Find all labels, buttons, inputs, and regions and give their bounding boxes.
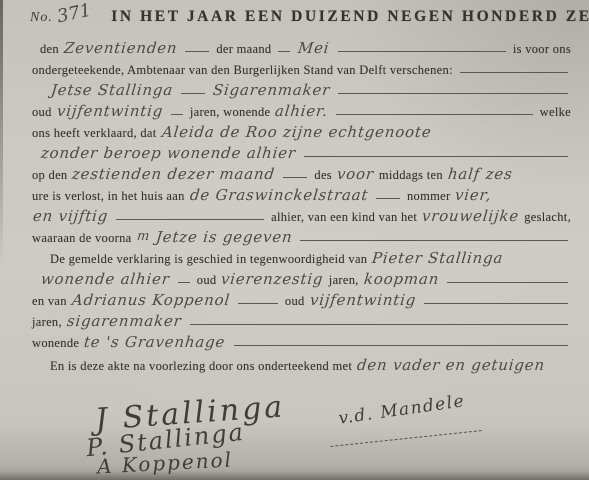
- handwritten-declarant-occupation: Sigarenmaker: [209, 82, 334, 98]
- printed-text: jaren, wonende: [188, 105, 273, 119]
- handwritten-birth-day: zestienden dezer maand: [69, 166, 280, 182]
- handwritten-witness1-name: Pieter Stallinga: [369, 250, 508, 266]
- act-number-handwritten: 371: [55, 0, 93, 27]
- printed-text: middags ten: [377, 168, 445, 182]
- rule: [447, 282, 568, 283]
- printed-text: en van: [30, 294, 69, 308]
- line-witness-intro: De gemelde verklaring is geschied in teg…: [30, 245, 573, 266]
- line-witness2-occupation: jaren, sigarenmaker: [30, 308, 573, 329]
- printed-text: oud: [195, 273, 219, 287]
- rule: [181, 93, 205, 94]
- rule: [460, 72, 568, 73]
- handwritten-daypart: voor: [333, 166, 378, 182]
- line-witness2: en van Adrianus Koppenol oud vijfentwint…: [30, 287, 573, 308]
- line-mother-detail: zonder beroep wonende alhier: [30, 140, 573, 161]
- rule: [338, 51, 506, 52]
- printed-text: ure is verlost, in het huis aan: [30, 189, 187, 203]
- line-witness2-residence: wonende te 's Gravenhage: [30, 329, 573, 350]
- handwritten-child-name: Jetze is gegeven: [152, 229, 296, 245]
- rule: [171, 114, 183, 115]
- line-date: den Zeventienden der maand Mei is voor o…: [30, 35, 573, 56]
- printed-text: welke: [538, 105, 573, 119]
- rule: [238, 303, 278, 304]
- line-closing: En is deze akte na voorlezing door ons o…: [30, 352, 573, 373]
- handwritten-street: de Graswinckelstraat: [186, 187, 372, 203]
- header-row: No. 371 IN HET JAAR EEN DUIZEND NEGEN HO…: [30, 5, 573, 35]
- line-official: ondergeteekende, Ambtenaar van den Burge…: [30, 56, 573, 77]
- rule: [178, 282, 190, 283]
- printed-text: der maand: [214, 42, 273, 56]
- handwritten-witness1-occupation: koopman: [360, 271, 443, 287]
- handwritten-mother-detail: zonder beroep wonende alhier: [37, 145, 300, 161]
- printed-text: oud: [30, 105, 54, 119]
- rule: [185, 51, 209, 52]
- scan-edge-shadow-left: [0, 0, 3, 270]
- rule: [336, 114, 532, 115]
- line-birth-house: ure is verlost, in het huis aan de Grasw…: [30, 182, 573, 203]
- handwritten-mother-name: Aleida de Roo zijne echtgenoote: [158, 124, 435, 140]
- line-child-name: waaraan de voorna m Jetze is gegeven: [30, 224, 573, 245]
- printed-text: waaraan de voorna: [30, 231, 134, 245]
- printed-text: geslacht,: [522, 210, 573, 224]
- printed-text: wonende: [30, 336, 81, 350]
- rule: [283, 177, 307, 178]
- handwritten-closing: den vader en getuigen: [353, 357, 549, 373]
- printed-text: des: [312, 168, 334, 182]
- printed-text: jaren,: [30, 315, 64, 329]
- signature-flourish-line: [330, 430, 481, 447]
- scan-edge-shadow-bottom: [0, 471, 589, 480]
- handwritten-declarant-residence: alhier.: [272, 103, 333, 119]
- printed-text: op den: [30, 168, 69, 182]
- printed-text: De gemelde verklaring is geschied in teg…: [48, 252, 369, 266]
- printed-text: jaren,: [327, 273, 361, 287]
- act-number-label: No.: [30, 10, 53, 26]
- rule: [190, 324, 568, 325]
- printed-text: alhier, van een kind van het: [269, 210, 419, 224]
- birth-certificate-scan: No. 371 IN HET JAAR EEN DUIZEND NEGEN HO…: [0, 0, 589, 480]
- handwritten-declarant-name: Jetse Stallinga: [47, 82, 177, 98]
- rule: [278, 51, 290, 52]
- handwritten-gender: vrouwelijke: [418, 208, 523, 224]
- handwritten-birth-time: half zes: [444, 166, 516, 182]
- line-declaration: ons heeft verklaard, dat Aleida de Roo z…: [30, 119, 573, 140]
- printed-text: oud: [283, 294, 307, 308]
- handwritten-connector: m: [133, 229, 154, 245]
- line-declarant-age: oud vijfentwintig jaren, wonende alhier.…: [30, 98, 573, 119]
- handwritten-house-number-2: en vijftig: [29, 208, 112, 224]
- printed-text: nommer: [405, 189, 452, 203]
- printed-text: ons heeft verklaard, dat: [30, 126, 159, 140]
- printed-text: den: [38, 42, 61, 56]
- rule: [300, 240, 568, 241]
- line-child-gender: en vijftig alhier, van een kind van het …: [30, 203, 573, 224]
- rule: [424, 303, 568, 304]
- handwritten-witness2-residence: te 's Gravenhage: [80, 334, 229, 350]
- handwritten-declarant-age: vijfentwintig: [53, 103, 167, 119]
- handwritten-witness2-name: Adrianus Koppenol: [68, 292, 234, 308]
- printed-text: ondergeteekende, Ambtenaar van den Burge…: [30, 63, 455, 77]
- handwritten-day: Zeventienden: [60, 40, 181, 56]
- line-witness1-detail: wonende alhier oud vierenzestig jaren, k…: [30, 266, 573, 287]
- handwritten-month: Mei: [295, 40, 334, 56]
- rule: [376, 198, 400, 199]
- handwritten-witness2-age: vijfentwintig: [306, 292, 420, 308]
- handwritten-witness1-residence: wonende alhier: [37, 271, 173, 287]
- page-title: IN HET JAAR EEN DUIZEND NEGEN HONDERD ZE…: [111, 8, 589, 26]
- handwritten-witness2-occupation: sigarenmaker: [63, 313, 185, 329]
- signature-registrar: v.d. Mandele: [337, 391, 466, 429]
- rule: [234, 345, 569, 346]
- rule: [116, 219, 264, 220]
- certificate-content: No. 371 IN HET JAAR EEN DUIZEND NEGEN HO…: [30, 5, 573, 373]
- rule: [304, 156, 568, 157]
- handwritten-house-number: vier,: [452, 187, 496, 203]
- handwritten-witness1-age: vierenzestig: [218, 271, 328, 287]
- printed-text: is voor ons: [511, 42, 573, 56]
- rule: [338, 93, 568, 94]
- line-declarant-name: Jetse Stallinga Sigarenmaker: [30, 77, 573, 98]
- line-birth-day: op den zestienden dezer maand des voor m…: [30, 161, 573, 182]
- printed-text: En is deze akte na voorlezing door ons o…: [48, 359, 354, 373]
